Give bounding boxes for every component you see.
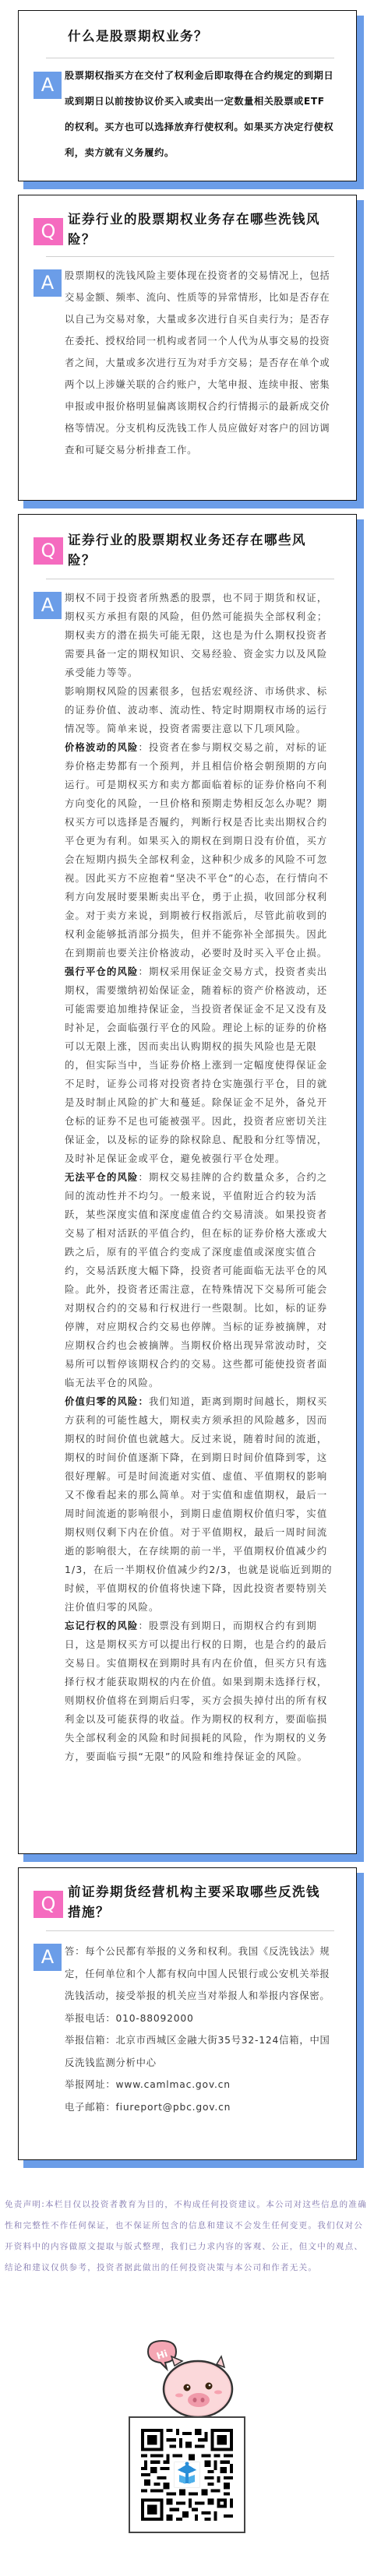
qr-code-frame xyxy=(129,2416,245,2533)
risk-paragraph-value-zero: 价值归零的风险：我们知道，距离到期时间越长，期权买方获利的可能性越大，期权卖方须… xyxy=(65,1392,334,1617)
answer-paragraph: 股票期权的洗钱风险主要体现在投资者的交易情况上，包括交易金额、频率、流向、性质等… xyxy=(65,265,334,461)
answer-text: 股票期权的洗钱风险主要体现在投资者的交易情况上，包括交易金额、频率、流向、性质等… xyxy=(65,265,334,461)
answer-badge-icon: A xyxy=(34,1944,62,1971)
risk-paragraph-forget-exercise: 忘记行权的风险：股票没有到期日，而期权合约有到期日，这是期权买方可以提出行权的日… xyxy=(65,1617,334,1766)
risk-title: 价格波动的风险 xyxy=(65,742,138,753)
pig-mascot-icon: Hi xyxy=(142,2338,234,2417)
report-website-link[interactable]: 举报网址：www.camlmac.gov.cn xyxy=(65,2074,334,2096)
risk-paragraph-forced-liquidation: 强行平仓的风险：期权采用保证金交易方式，投资者卖出期权，需要缴纳初始保证金，随着… xyxy=(65,962,334,1168)
question-title: 前证券期货经营机构主要采取哪些反洗钱措施？ xyxy=(68,1882,326,1923)
answer-text: 答：每个公民都有举报的义务和权利。我国《反洗钱法》规定，任何单位和个人都有权向中… xyxy=(65,1941,334,2118)
answer-text: 期权不同于投资者所熟悉的股票，也不同于期货和权证，期权买方承担有限的风险，但仍然… xyxy=(65,589,334,1766)
risk-title: 强行平仓的风险 xyxy=(65,966,138,977)
question-title: 什么是股票期权业务？ xyxy=(68,26,326,47)
intro-paragraph: 期权不同于投资者所熟悉的股票，也不同于期货和权证，期权买方承担有限的风险，但仍然… xyxy=(65,589,334,682)
answer-text: 股票期权指买方在交付了权利金后即取得在合约规定的到期日或到期日以前按协议价买入或… xyxy=(65,63,334,166)
faq-card-4: Q 前证券期货经营机构主要采取哪些反洗钱措施？ A 答：每个公民都有举报的义务和… xyxy=(18,1867,357,2160)
risk-body: ：期权交易挂牌的合约数量众多，合约之间的流动性并不均匀。一般来说，平值附近合约较… xyxy=(65,1172,327,1388)
answer-badge-icon: A xyxy=(34,269,62,297)
question-title: 证券行业的股票期权业务存在哪些洗钱风险？ xyxy=(68,209,326,250)
risk-paragraph-cannot-close: 无法平仓的风险：期权交易挂牌的合约数量众多，合约之间的流动性并不均匀。一般来说，… xyxy=(65,1168,334,1392)
risk-paragraph-price-volatility: 价格波动的风险：投资者在参与期权交易之前，对标的证券价格走势都有一个预判，并且相… xyxy=(65,738,334,962)
report-phone: 举报电话：010-88092000 xyxy=(65,2008,334,2030)
risk-body: ：股票没有到期日，而期权合约有到期日，这是期权买方可以提出行权的日期，也是合约的… xyxy=(65,1621,327,1762)
answer-paragraph: 答：每个公民都有举报的义务和权利。我国《反洗钱法》规定，任何单位和个人都有权向中… xyxy=(65,1941,334,2008)
disclaimer-text: 免责声明:本栏目仅以投资者教育为目的，不构成任何投资建议。本公司对这些信息的准确… xyxy=(5,2194,369,2279)
footer: Hi xyxy=(0,2328,374,2562)
report-email-link[interactable]: 电子邮箱：fiureport@pbc.gov.cn xyxy=(65,2096,334,2119)
risk-body: 我们知道，距离到期时间越长，期权买方获利的可能性越大，期权卖方须承担的风险越多，… xyxy=(65,1396,333,1613)
intro-paragraph: 影响期权风险的因素很多，包括宏观经济、市场供求、标的证券价值、波动率、流动性、特… xyxy=(65,682,334,738)
answer-badge-icon: A xyxy=(34,72,62,99)
risk-title: 忘记行权的风险 xyxy=(65,1621,138,1631)
faq-card-1: 什么是股票期权业务？ A 股票期权指买方在交付了权利金后即取得在合约规定的到期日… xyxy=(18,10,357,181)
risk-title: 无法平仓的风险 xyxy=(65,1172,138,1183)
question-badge-icon: Q xyxy=(34,218,63,245)
answer-badge-icon: A xyxy=(34,592,62,619)
faq-card-3: Q 证券行业的股票期权业务还存在哪些风险？ A 期权不同于投资者所熟悉的股票，也… xyxy=(18,514,357,1854)
question-badge-icon: Q xyxy=(34,537,63,565)
question-badge-icon: Q xyxy=(34,1891,63,1918)
qr-code-icon[interactable] xyxy=(141,2429,233,2521)
risk-body: ：投资者在参与期权交易之前，对标的证券价格走势都有一个预判，并且相信价格会朝预期… xyxy=(65,742,329,959)
report-mailbox: 举报信箱：北京市西城区金融大街35号32-124信箱，中国反洗钱监测分析中心 xyxy=(65,2029,334,2074)
answer-paragraph: 股票期权指买方在交付了权利金后即取得在合约规定的到期日或到期日以前按协议价买入或… xyxy=(65,63,334,166)
risk-body: ：期权采用保证金交易方式，投资者卖出期权，需要缴纳初始保证金，随着标的资产价格波… xyxy=(65,966,327,1164)
risk-title: 价值归零的风险： xyxy=(65,1396,149,1407)
question-title: 证券行业的股票期权业务还存在哪些风险？ xyxy=(68,530,326,571)
faq-card-2: Q 证券行业的股票期权业务存在哪些洗钱风险？ A 股票期权的洗钱风险主要体现在投… xyxy=(18,195,357,501)
